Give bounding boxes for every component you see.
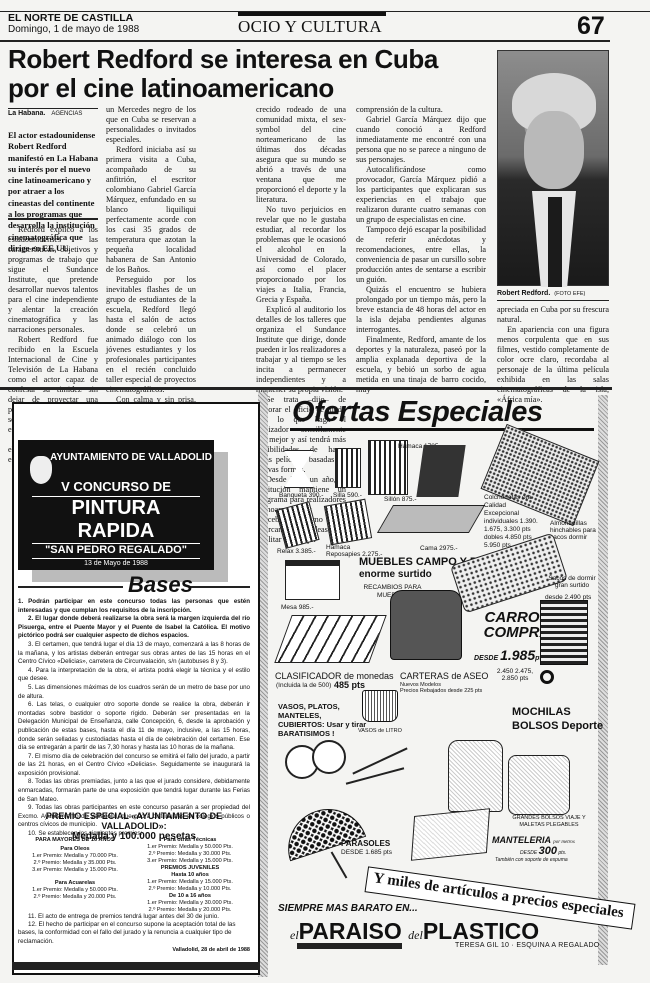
rule-item: 4. Para la interpretación de la obra, el…: [18, 667, 250, 684]
contest-date: 13 de Mayo de 1988: [32, 558, 200, 567]
issue-date: Domingo, 1 de mayo de 1988: [8, 24, 139, 35]
silla-drawing: [335, 448, 361, 488]
rule-item: 8. Todas las obras premiadas, junto a la…: [18, 778, 250, 804]
grandes-bolsos-label: GRANDES BOLSOS VIAJE Y MALETAS PLEGABLES: [508, 815, 590, 829]
headline-line-1: Robert Redford se interesa en Cuba: [8, 45, 488, 74]
carteras-label: CARTERAS de ASEO: [400, 671, 488, 681]
bases-rule-right: [190, 586, 250, 588]
cubierto-drawing: [346, 767, 404, 784]
clasificador-price: 485 pts: [334, 680, 365, 690]
contest-title-3: "SAN PEDRO REGALADO": [18, 544, 214, 556]
carteras-note-2: Precios Rebajados desde 225 pts: [400, 688, 482, 694]
photo-face: [524, 111, 584, 189]
hamaca-drawing: [416, 445, 465, 497]
rule-item: 7. El mismo día de celebración del concu…: [18, 753, 250, 779]
mantel-drawing: [411, 808, 490, 861]
relax-label: Relax 3.385.-: [277, 548, 316, 555]
carro-wheel-icon: [540, 670, 554, 684]
mochila-drawing: [448, 740, 503, 812]
rule-item: 3. El certamen, que tendrá lugar el día …: [18, 641, 250, 667]
section-bar: [238, 12, 386, 16]
ofertas-title: Ofertas Especiales: [292, 396, 543, 429]
dateline: La Habana.: [8, 110, 45, 117]
surtido-label: enorme surtido: [359, 569, 432, 580]
siempre-tagline: SIEMPRE MAS BARATO EN...: [278, 903, 418, 914]
brand-logo: elPARAISO delPLASTICO: [290, 918, 539, 945]
parasoles-price: DESDE 1.685 pts: [341, 849, 392, 856]
rule-item: 1. Podrán participar en este concurso to…: [18, 598, 250, 615]
bases-title: Bases: [128, 572, 193, 598]
hamaca-reposapies-drawing: [324, 499, 372, 546]
photo-credit: (FOTO EFE): [554, 291, 585, 297]
almohadillas-label: Almohadillas hinchables para sacos dormi…: [550, 520, 598, 541]
article-bottom-rule: [0, 387, 612, 390]
vasos-litro-label: VASOS de LITRO: [358, 728, 402, 734]
rule-item: 6. Las telas, o cualquier otro soporte d…: [18, 701, 250, 753]
section-title: OCIO Y CULTURA: [238, 17, 382, 37]
redford-photo: [497, 50, 609, 286]
manteleria-heading: MANTELERIA por metros: [492, 835, 575, 845]
agency: AGENCIAS: [51, 111, 82, 117]
prizes-adults: PARA MAYORES DE 16 AÑOS Para Oleos 1.er …: [20, 837, 130, 901]
cama-label: Cama 2975.-: [420, 545, 458, 552]
shop-address: TERESA GIL 10 · ESQUINA A REGALADO: [455, 942, 600, 949]
sacos-label: Sacos de dormir gran surtido: [547, 575, 597, 589]
contest-ad-bottom-bar: [12, 962, 260, 970]
contest-title-2: PINTURA RAPIDA: [32, 496, 200, 544]
signed-date: Valladolid, 28 de abril de 1988: [18, 946, 250, 954]
brand-underline: [297, 943, 402, 949]
carros-prices: 2.450 2.475, 2.850 pts: [490, 668, 540, 682]
carro-drawing: [540, 600, 588, 665]
parasoles-label: PARASOLES: [341, 839, 390, 848]
page-number: 67: [577, 12, 605, 41]
photo-tie: [548, 197, 562, 287]
headline: Robert Redford se interesa en Cuba por e…: [8, 45, 488, 102]
article-column-4: comprensión de la cultura. Gabriel Garcí…: [356, 105, 486, 395]
cartera-drawing: [390, 590, 462, 660]
top-rule: [0, 11, 650, 12]
plato-drawing: [312, 740, 346, 774]
article-column-5: apreciada en Cuba por su frescura natura…: [497, 305, 609, 405]
banqueta-label: Banqueta 390.-: [279, 492, 323, 499]
carros-price: DESDE 1.985pts.: [474, 647, 548, 663]
mesa-label: Mesa 985.-: [281, 604, 314, 611]
vasos-label: VASOS, PLATOS, MANTELES, CUBIERTOS: Usar…: [278, 702, 366, 738]
bases-rule-left: [18, 586, 123, 588]
ofertas-rule: [290, 428, 594, 431]
lead-rule: [8, 218, 98, 220]
headline-line-2: por el cine latinoamericano: [8, 74, 488, 103]
cama-drawing: [377, 505, 485, 533]
silla-label: Silla 590.-: [333, 492, 362, 499]
clasificador-note: (Incluida la de 500): [276, 682, 331, 689]
byline: La Habana.AGENCIAS: [8, 110, 82, 117]
contest-closing: 11. El acto de entrega de premios tendrá…: [18, 913, 250, 954]
rule-item: 5. Las dimensiones máximas de los cuadro…: [18, 684, 250, 701]
rule-item: 2. El lugar donde deberá realizarse la o…: [18, 615, 250, 641]
newspaper-name: EL NORTE DE CASTILLA: [8, 12, 133, 24]
contest-title-card: AYUNTAMIENTO DE VALLADOLID V CONCURSO DE…: [18, 440, 214, 570]
bolso-drawing: [508, 755, 570, 815]
vaso-litro-drawing: [362, 690, 398, 722]
caption-rule: [497, 300, 609, 301]
prizes-other: Para otras Técnicas 1.er Premio: Medalla…: [132, 837, 248, 914]
byline-rule: [8, 108, 98, 109]
manteleria-price: DESDE 300 pts.: [520, 845, 566, 857]
valladolid-crest-icon: [30, 456, 52, 484]
header-rule: [0, 40, 610, 42]
clasificador-drawing: [274, 615, 386, 663]
contest-rules: 1. Podrán participar en este concurso to…: [18, 598, 250, 839]
photo-caption: Robert Redford.(FOTO EFE): [497, 290, 585, 297]
sillon-label: Sillón 875.-: [384, 496, 417, 503]
manteleria-foam: También con soporte de espuma: [495, 857, 568, 863]
divider-hatch-right: [598, 395, 608, 965]
mesa-drawing: [285, 560, 340, 600]
mochilas-heading: MOCHILAS BOLSOS Deporte: [512, 705, 603, 733]
